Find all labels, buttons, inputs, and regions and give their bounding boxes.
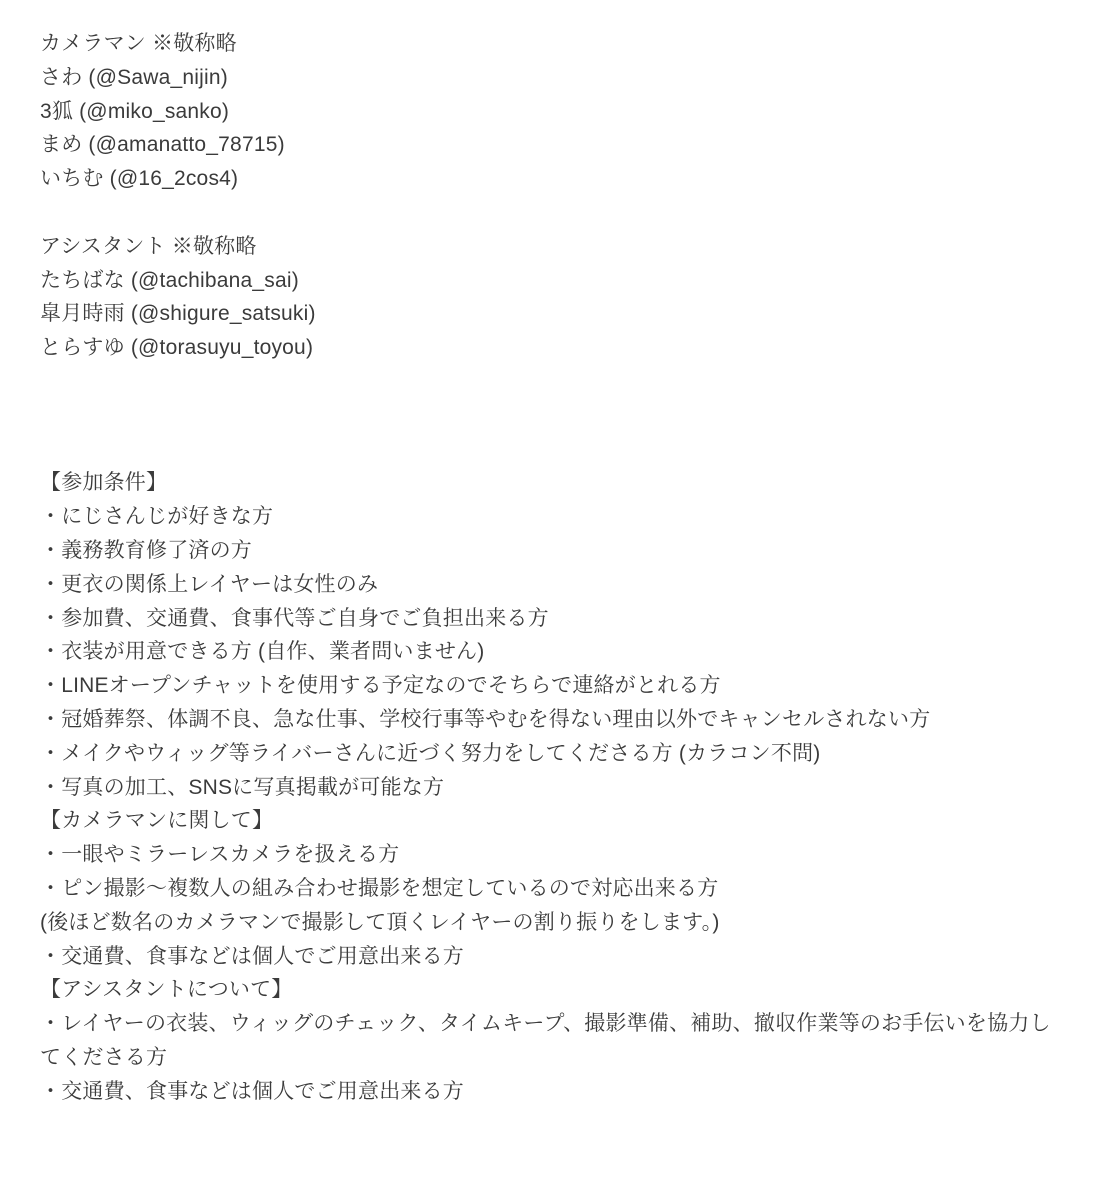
assistant-list-heading: アシスタント ※敬称略: [40, 230, 1054, 264]
cameraman-member: さわ (@Sawa_nijin): [40, 61, 1054, 95]
condition-item: ・冠婚葬祭、体調不良、急な仕事、学校行事等やむを得ない理由以外でキャンセルされな…: [40, 703, 1054, 737]
cameraman-requirement-item: ・一眼やミラーレスカメラを扱える方: [40, 838, 1054, 872]
condition-item: ・義務教育修了済の方: [40, 534, 1054, 568]
blank-line: [40, 196, 1054, 230]
assistant-requirement-item: ・交通費、食事などは個人でご用意出来る方: [40, 1075, 1054, 1109]
condition-item: ・衣装が用意できる方 (自作、業者問いません): [40, 635, 1054, 669]
assistant-requirements-heading: 【アシスタントについて】: [40, 973, 1054, 1007]
cameraman-member: いちむ (@16_2cos4): [40, 162, 1054, 196]
assistant-member: 皐月時雨 (@shigure_satsuki): [40, 297, 1054, 331]
assistant-requirement-item: ・レイヤーの衣装、ウィッグのチェック、タイムキープ、撮影準備、補助、撤収作業等の…: [40, 1007, 1054, 1075]
condition-item: ・参加費、交通費、食事代等ご自身でご負担出来る方: [40, 602, 1054, 636]
announcement-document: カメラマン ※敬称略 さわ (@Sawa_nijin) 3狐 (@miko_sa…: [0, 0, 1099, 1109]
condition-item: ・更衣の関係上レイヤーは女性のみ: [40, 568, 1054, 602]
cameraman-member: まめ (@amanatto_78715): [40, 128, 1054, 162]
condition-item: ・LINEオープンチャットを使用する予定なのでそちらで連絡がとれる方: [40, 669, 1054, 703]
cameraman-requirements-heading: 【カメラマンに関して】: [40, 804, 1054, 838]
cameraman-list-heading: カメラマン ※敬称略: [40, 27, 1054, 61]
cameraman-requirement-item: ・交通費、食事などは個人でご用意出来る方: [40, 940, 1054, 974]
participation-conditions-heading: 【参加条件】: [40, 466, 1054, 500]
condition-item: ・写真の加工、SNSに写真掲載が可能な方: [40, 771, 1054, 805]
cameraman-member: 3狐 (@miko_sanko): [40, 95, 1054, 129]
cameraman-requirement-item: ・ピン撮影〜複数人の組み合わせ撮影を想定しているので対応出来る方: [40, 872, 1054, 906]
condition-item: ・メイクやウィッグ等ライバーさんに近づく努力をしてくださる方 (カラコン不問): [40, 737, 1054, 771]
assistant-member: とらすゆ (@torasuyu_toyou): [40, 331, 1054, 365]
cameraman-requirement-note: (後ほど数名のカメラマンで撮影して頂くレイヤーの割り振りをします。): [40, 906, 1054, 940]
condition-item: ・にじさんじが好きな方: [40, 500, 1054, 534]
assistant-member: たちばな (@tachibana_sai): [40, 264, 1054, 298]
section-gap: [40, 365, 1054, 466]
